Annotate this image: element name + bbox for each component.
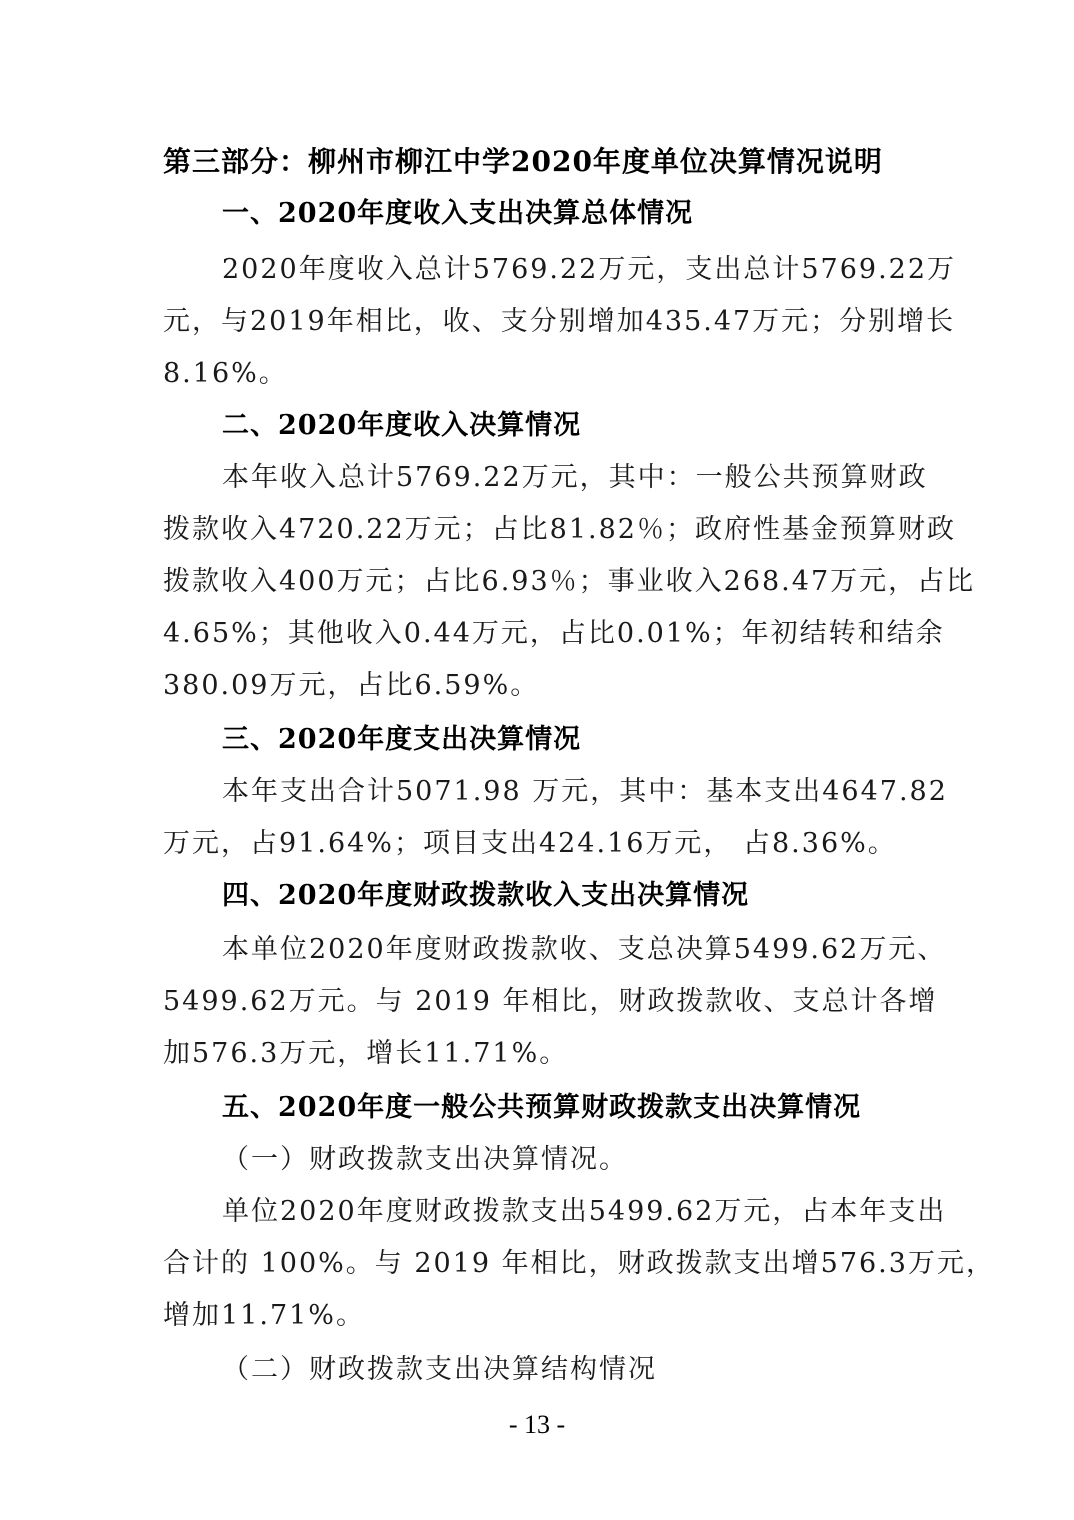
section-2-line-2: 拨款收入4720.22万元；占比81.82％；政府性基金预算财政 [163, 512, 956, 548]
section-1-line-3: 8.16%。 [163, 356, 288, 392]
section-3-line-2: 万元，占91.64%；项目支出424.16万元， 占8.36%。 [163, 826, 897, 862]
section-1-line-2: 元，与2019年相比，收、支分别增加435.47万元；分别增长 [163, 304, 955, 340]
document-page: 第三部分：柳州市柳江中学2020年度单位决算情况说明 一、2020年度收入支出决… [0, 0, 1074, 1520]
subsection-1-heading: （一）财政拨款支出决算情况。 [222, 1142, 628, 1178]
section-2-heading: 二、2020年度收入决算情况 [222, 408, 581, 444]
section-4-line-1: 本单位2020年度财政拨款收、支总决算5499.62万元、 [222, 932, 946, 968]
section-4-line-2: 5499.62万元。与 2019 年相比，财政拨款收、支总计各增 [163, 984, 938, 1020]
section-1-line-1: 2020年度收入总计5769.22万元，支出总计5769.22万 [222, 252, 956, 288]
section-4-line-3: 加576.3万元，增长11.71%。 [163, 1036, 568, 1072]
section-5-line-3: 增加11.71%。 [163, 1298, 365, 1334]
document-title: 第三部分：柳州市柳江中学2020年度单位决算情况说明 [163, 144, 883, 180]
section-2-line-3: 拨款收入400万元；占比6.93％；事业收入268.47万元，占比 [163, 564, 975, 600]
section-5-line-2: 合计的 100%。与 2019 年相比，财政拨款支出增576.3万元， [163, 1246, 995, 1282]
subsection-2-heading: （二）财政拨款支出决算结构情况 [222, 1352, 657, 1388]
section-3-heading: 三、2020年度支出决算情况 [222, 722, 581, 758]
section-2-line-4: 4.65%；其他收入0.44万元，占比0.01%；年初结转和结余 [163, 616, 945, 652]
section-5-line-1: 单位2020年度财政拨款支出5499.62万元，占本年支出 [222, 1194, 946, 1230]
page-number: - 13 - [0, 1410, 1074, 1440]
section-3-line-1: 本年支出合计5071.98 万元，其中：基本支出4647.82 [222, 774, 948, 810]
section-2-line-1: 本年收入总计5769.22万元，其中：一般公共预算财政 [222, 460, 928, 496]
section-1-heading: 一、2020年度收入支出决算总体情况 [222, 196, 693, 232]
section-2-line-5: 380.09万元，占比6.59%。 [163, 668, 539, 704]
section-4-heading: 四、2020年度财政拨款收入支出决算情况 [222, 878, 749, 914]
section-5-heading: 五、2020年度一般公共预算财政拨款支出决算情况 [222, 1090, 861, 1126]
